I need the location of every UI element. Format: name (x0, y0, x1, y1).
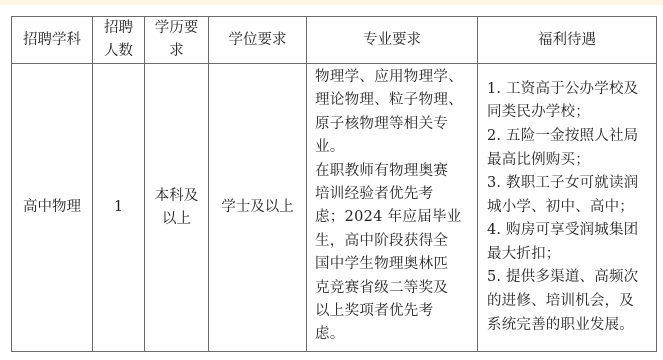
welfare-line: 系统完善的职业发展。 (487, 314, 652, 338)
welfare-line: 最大折扣； (487, 243, 652, 267)
table-header-row: 招聘学科 招聘 人数 学历要 求 学位要求 专业要求 福利待遇 (12, 17, 657, 64)
cell-count: 1 (93, 64, 145, 352)
header-education-line-2: 求 (148, 40, 205, 63)
major-line: 培训经验者优先考 (315, 183, 473, 206)
header-subject: 招聘学科 (12, 17, 93, 64)
table-row: 高中物理 1 本科及 以上 学士及以上 物理学、应用物理学、 理论物理、粒子物理… (12, 64, 657, 352)
welfare-line: 2. 五险一金按照人社局 (487, 125, 652, 149)
recruitment-table: 招聘学科 招聘 人数 学历要 求 学位要求 专业要求 福利待遇 高中物理 1 本… (11, 16, 657, 352)
major-line: 虑。 (315, 323, 473, 346)
header-education-line-1: 学历要 (148, 17, 205, 40)
welfare-line: 的进修、培训机会，及 (487, 290, 652, 314)
welfare-line: 5. 提供多渠道、高频次 (487, 266, 652, 290)
major-line: 在职教师有物理奥赛 (315, 160, 473, 183)
header-degree: 学位要求 (209, 17, 307, 64)
cell-major: 物理学、应用物理学、 理论物理、粒子物理、 原子核物理等相关专 业。 在职教师有… (307, 64, 478, 352)
header-major: 专业要求 (307, 17, 478, 64)
welfare-line: 3. 教职工子女可就读润 (487, 172, 652, 196)
header-education: 学历要 求 (145, 17, 209, 64)
welfare-line: 最高比例购买； (487, 149, 652, 173)
header-count: 招聘 人数 (93, 17, 145, 64)
cell-subject: 高中物理 (12, 64, 93, 352)
cell-degree: 学士及以上 (209, 64, 307, 352)
major-line: 生，高中阶段获得全 (315, 230, 473, 253)
cell-welfare: 1. 工资高于公办学校及 同类民办学校； 2. 五险一金按照人社局 最高比例购买… (478, 64, 657, 352)
education-line-2: 以上 (148, 208, 205, 231)
major-line: 原子核物理等相关专 (315, 113, 473, 136)
major-line: 以上奖项者优先考 (315, 300, 473, 323)
education-line-1: 本科及 (148, 185, 205, 208)
welfare-line: 4. 购房可享受润城集团 (487, 219, 652, 243)
top-banner-strip (0, 0, 663, 5)
header-count-line-2: 人数 (96, 40, 141, 63)
cell-education: 本科及 以上 (145, 64, 209, 352)
welfare-line: 城小学、初中、高中； (487, 196, 652, 220)
major-line: 物理学、应用物理学、 (315, 66, 473, 89)
major-line: 虑；2024 年应届毕业 (315, 206, 473, 229)
major-line: 国中学生物理奥林匹 (315, 253, 473, 276)
major-line: 理论物理、粒子物理、 (315, 89, 473, 112)
header-count-line-1: 招聘 (96, 17, 141, 40)
header-welfare: 福利待遇 (478, 17, 657, 64)
welfare-line: 同类民办学校； (487, 101, 652, 125)
welfare-line: 1. 工资高于公办学校及 (487, 78, 652, 102)
major-line: 克竞赛省级二等奖及 (315, 277, 473, 300)
major-line: 业。 (315, 136, 473, 159)
